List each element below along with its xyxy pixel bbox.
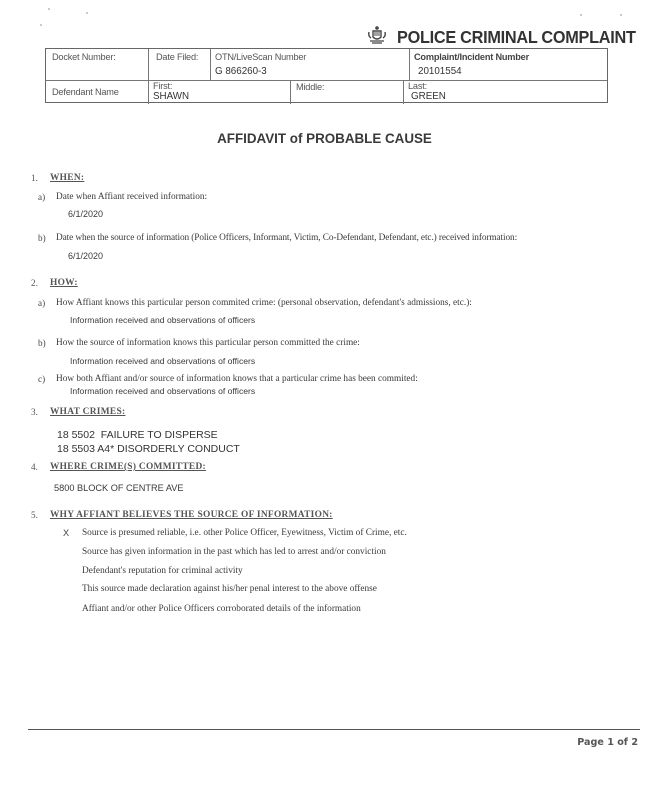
item-question: Date when Affiant received information: [56, 192, 207, 202]
item-answer: Information received and observations of… [70, 356, 255, 366]
item-letter: a) [38, 298, 45, 308]
last-name-value: GREEN [411, 91, 446, 102]
scan-speck [40, 24, 42, 26]
item-letter: c) [38, 374, 45, 384]
otn-label: OTN/LiveScan Number [215, 52, 306, 62]
date-filed-label: Date Filed: [156, 52, 198, 62]
complaint-number-label: Complaint/Incident Number [414, 52, 529, 62]
scan-speck [86, 12, 88, 14]
otn-value: G 866260-3 [215, 66, 267, 77]
scan-speck [580, 14, 582, 16]
item-answer: 6/1/2020 [68, 251, 103, 261]
table-col-divider [148, 49, 149, 104]
option-checkmark: X [63, 528, 69, 538]
crime-item: 18 5502 FAILURE TO DISPERSE [57, 429, 218, 441]
affidavit-title: AFFIDAVIT of PROBABLE CAUSE [0, 131, 649, 146]
document-title: POLICE CRIMINAL COMPLAINT [397, 27, 636, 48]
item-letter: b) [38, 233, 46, 243]
section-heading: WHERE CRIME(S) COMMITTED: [50, 462, 206, 472]
section-heading: WHAT CRIMES: [50, 407, 125, 417]
item-answer: 6/1/2020 [68, 209, 103, 219]
reliability-option: Affiant and/or other Police Officers cor… [82, 604, 361, 614]
footer-divider [28, 729, 640, 730]
coat-of-arms-icon [367, 25, 387, 45]
defendant-name-label: Defendant Name [52, 87, 119, 97]
table-row-divider [46, 80, 607, 81]
table-col-divider [409, 49, 410, 80]
item-question: How the source of information knows this… [56, 338, 360, 348]
reliability-option: This source made declaration against his… [82, 584, 377, 594]
first-name-label: First: [153, 81, 172, 91]
crime-item: 18 5503 A4* DISORDERLY CONDUCT [57, 443, 240, 455]
last-name-label: Last: [408, 81, 427, 91]
section-number: 3. [31, 407, 38, 417]
section-heading: WHY AFFIANT BELIEVES THE SOURCE OF INFOR… [50, 510, 333, 520]
section-heading: WHEN: [50, 173, 84, 183]
section-number: 5. [31, 510, 38, 520]
reliability-option: Source has given information in the past… [82, 547, 386, 557]
scan-speck [620, 14, 622, 16]
item-letter: a) [38, 192, 45, 202]
item-answer: Information received and observations of… [70, 386, 255, 396]
reliability-option: Source is presumed reliable, i.e. other … [82, 528, 407, 538]
complaint-number-value: 20101554 [418, 66, 462, 77]
first-name-value: SHAWN [153, 91, 189, 102]
reliability-option: Defendant's reputation for criminal acti… [82, 566, 243, 576]
item-letter: b) [38, 338, 46, 348]
table-col-divider [210, 49, 211, 80]
section-number: 2. [31, 278, 38, 288]
item-answer: Information received and observations of… [70, 315, 255, 325]
section-heading: HOW: [50, 278, 78, 288]
docket-number-label: Docket Number: [52, 52, 116, 62]
item-question: Date when the source of information (Pol… [56, 233, 517, 243]
case-info-table: Docket Number: Date Filed: OTN/LiveScan … [45, 48, 608, 103]
table-col-divider [403, 80, 404, 104]
section-number: 1. [31, 173, 38, 183]
scan-speck [48, 8, 50, 10]
section-number: 4. [31, 462, 38, 472]
item-question: How Affiant knows this particular person… [56, 298, 472, 308]
middle-name-label: Middle: [296, 82, 324, 92]
page-number: Page 1 of 2 [577, 737, 638, 748]
crime-location: 5800 BLOCK OF CENTRE AVE [54, 483, 184, 493]
table-col-divider [290, 80, 291, 104]
item-question: How both Affiant and/or source of inform… [56, 374, 418, 384]
